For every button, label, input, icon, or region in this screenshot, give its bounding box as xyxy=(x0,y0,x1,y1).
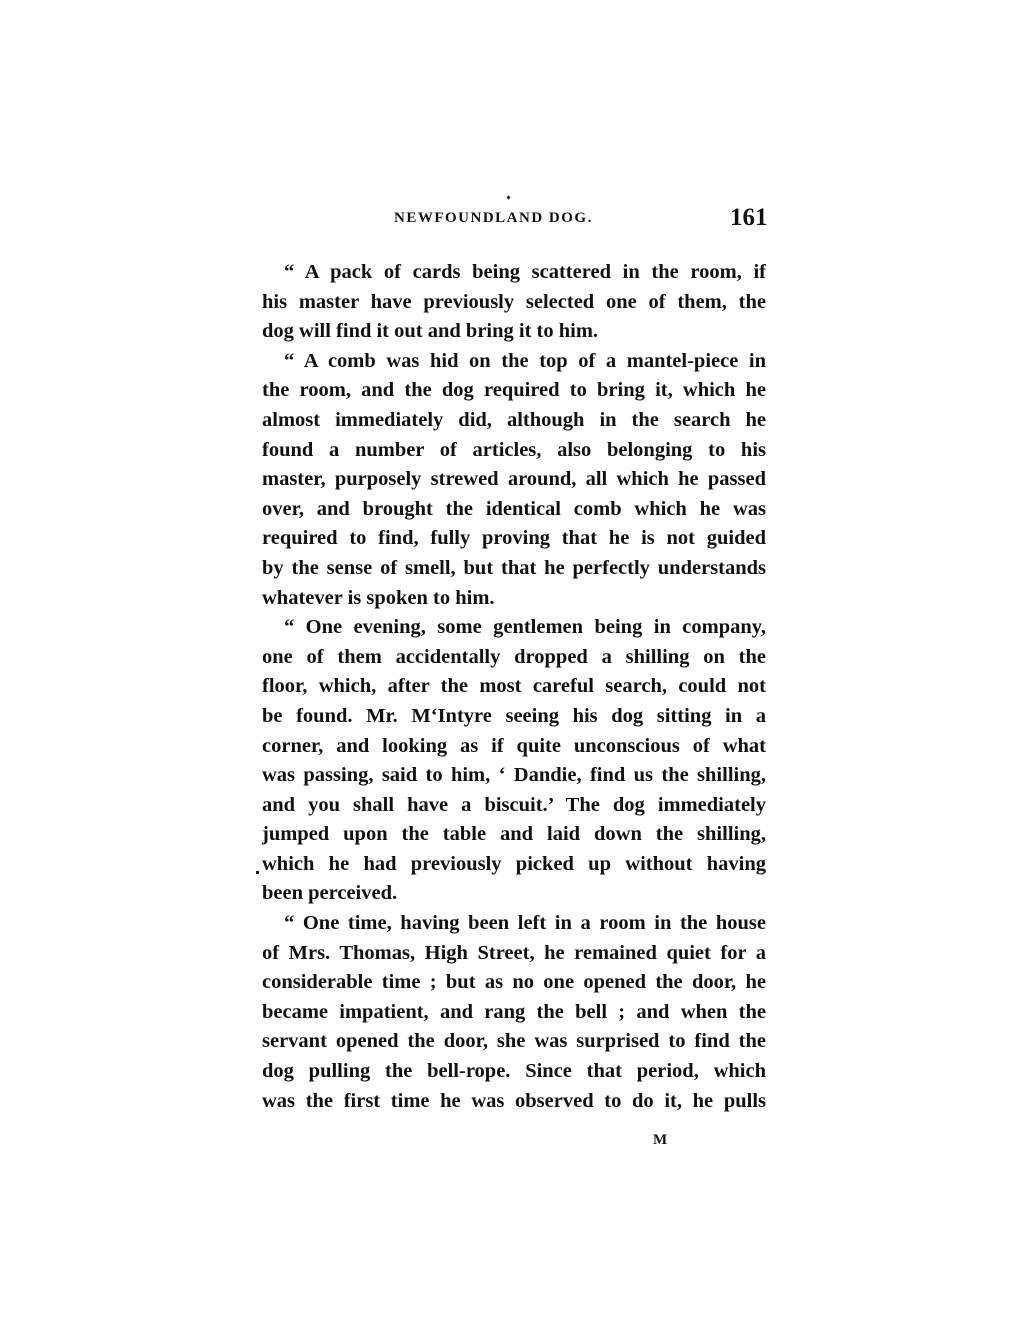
text-line: floor, which, after the most careful sea… xyxy=(262,672,766,702)
text-line: almost immediately did, although in the … xyxy=(262,406,766,436)
text-line: by the sense of smell, but that he perfe… xyxy=(262,554,766,584)
book-page: NEWFOUNDLAND DOG. 161 “ A pack of cards … xyxy=(0,0,1033,1339)
text-line: of Mrs. Thomas, High Street, he remained… xyxy=(262,939,766,969)
text-line: and you shall have a biscuit.’ The dog i… xyxy=(262,791,766,821)
text-line: master, purposely strewed around, all wh… xyxy=(262,465,766,495)
text-line: found a number of articles, also belongi… xyxy=(262,436,766,466)
text-line: over, and brought the identical comb whi… xyxy=(262,495,766,525)
text-line: required to find, fully proving that he … xyxy=(262,524,766,554)
page-number: 161 xyxy=(730,204,768,232)
signature-mark: M xyxy=(653,1132,667,1149)
text-line: became impatient, and rang the bell ; an… xyxy=(262,998,766,1028)
body-text: “ A pack of cards being scattered in the… xyxy=(262,258,766,1116)
text-line: been perceived. xyxy=(262,879,766,909)
text-line: dog pulling the bell-rope. Since that pe… xyxy=(262,1057,766,1087)
text-line: jumped upon the table and laid down the … xyxy=(262,820,766,850)
running-title: NEWFOUNDLAND DOG. xyxy=(394,210,593,227)
text-line: “ A pack of cards being scattered in the… xyxy=(262,258,766,288)
text-line: be found. Mr. M‘Intyre seeing his dog si… xyxy=(262,702,766,732)
text-line: the room, and the dog required to bring … xyxy=(262,376,766,406)
text-line: servant opened the door, she was surpris… xyxy=(262,1027,766,1057)
text-line: “ One time, having been left in a room i… xyxy=(262,909,766,939)
text-line: whatever is spoken to him. xyxy=(262,584,766,614)
text-line: dog will find it out and bring it to him… xyxy=(262,317,766,347)
scan-speck xyxy=(506,195,510,199)
margin-mark xyxy=(256,871,259,874)
text-line: his master have previously selected one … xyxy=(262,288,766,318)
text-line: which he had previously picked up withou… xyxy=(262,850,766,880)
text-line: “ A comb was hid on the top of a mantel-… xyxy=(262,347,766,377)
text-line: “ One evening, some gentlemen being in c… xyxy=(262,613,766,643)
text-line: considerable time ; but as no one opened… xyxy=(262,968,766,998)
text-line: corner, and looking as if quite unconsci… xyxy=(262,732,766,762)
text-line: was the first time he was observed to do… xyxy=(262,1087,766,1117)
text-line: was passing, said to him, ‘ Dandie, find… xyxy=(262,761,766,791)
text-line: one of them accidentally dropped a shill… xyxy=(262,643,766,673)
